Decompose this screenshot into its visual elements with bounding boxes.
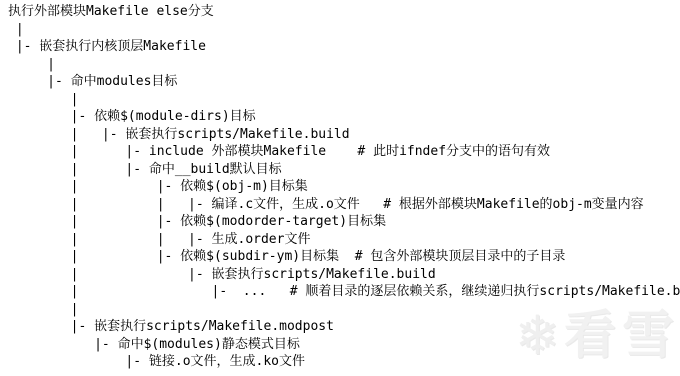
tree-line: |- 嵌套执行内核顶层Makefile <box>8 38 680 56</box>
tree-line: | | |- 编译.c文件，生成.o文件 # 根据外部模块Makefile的ob… <box>8 196 680 214</box>
tree-line: |- 链接.o文件，生成.ko文件 <box>8 353 680 371</box>
tree-line: |- 依赖$(module-dirs)目标 <box>8 108 680 126</box>
tree-line: |- 嵌套执行scripts/Makefile.modpost <box>8 318 680 336</box>
tree-line: | |- 依赖$(modorder-target)目标集 <box>8 213 680 231</box>
tree-line: |- 命中modules目标 <box>8 73 680 91</box>
tree-line: | |- include 外部模块Makefile # 此时ifndef分支中的… <box>8 143 680 161</box>
tree-line: 执行外部模块Makefile else分支 <box>8 3 680 21</box>
tree-line: |- 命中$(modules)静态模式目标 <box>8 336 680 354</box>
tree-line: | |- ... # 顺着目录的逐层依赖关系，继续递归执行scripts/Mak… <box>8 283 680 301</box>
tree-line: | |- 嵌套执行scripts/Makefile.build <box>8 266 680 284</box>
tree-line: | |- 依赖$(subdir-ym)目标集 # 包含外部模块顶层目录中的子目录 <box>8 248 680 266</box>
tree-line: | <box>8 301 680 319</box>
tree-line: | |- 命中__build默认目标 <box>8 161 680 179</box>
tree-line: | <box>8 21 680 39</box>
tree-line: | |- 嵌套执行scripts/Makefile.build <box>8 126 680 144</box>
makefile-build-flow-tree: 执行外部模块Makefile else分支 | |- 嵌套执行内核顶层Makef… <box>8 3 680 371</box>
screenshot-root: 执行外部模块Makefile else分支 | |- 嵌套执行内核顶层Makef… <box>0 0 680 376</box>
tree-line: | |- 依赖$(obj-m)目标集 <box>8 178 680 196</box>
tree-line: | <box>8 91 680 109</box>
tree-line: | <box>8 56 680 74</box>
tree-line: | | |- 生成.order文件 <box>8 231 680 249</box>
